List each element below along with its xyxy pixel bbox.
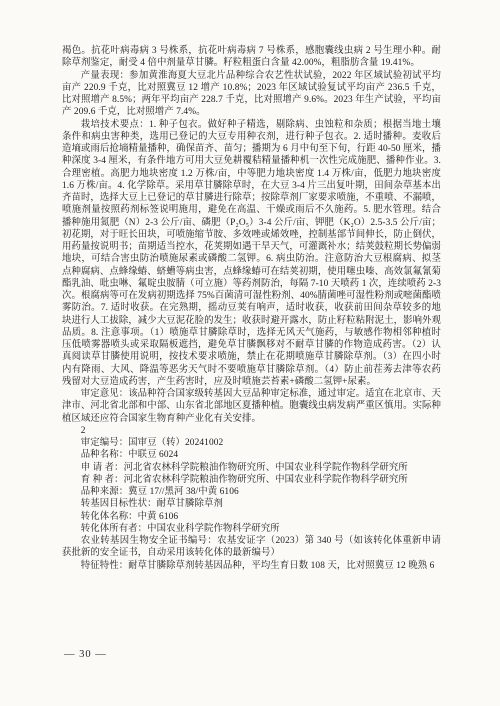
field-transformation-event-name: 转化体名称：中黄 6106 bbox=[62, 511, 441, 523]
field-approval-id: 审定编号：国审豆（转）20241002 bbox=[62, 437, 441, 449]
document-body: 褐色。抗花叶病毒病 3 号株系，抗花叶病毒病 7 号株系，感胞囊线虫病 2 号生… bbox=[62, 45, 441, 572]
paragraph-traits-continuation: 褐色。抗花叶病毒病 3 号株系，抗花叶病毒病 7 号株系，感胞囊线虫病 2 号生… bbox=[62, 45, 441, 70]
field-breeder: 育 种 者：河北省农林科学院粮油作物研究所、中国农业科学院作物科学研究所 bbox=[62, 474, 441, 486]
paragraph-yield-performance: 产量表现：参加黄淮海夏大豆北片品种综合农艺性状试验，2022 年区域试验初试平均… bbox=[62, 70, 441, 119]
entry-number: 2 bbox=[62, 425, 441, 437]
field-applicant: 申 请 者：河北省农林科学院粮油作物研究所、中国农业科学院作物科学研究所 bbox=[62, 462, 441, 474]
document-page: 褐色。抗花叶病毒病 3 号株系，抗花叶病毒病 7 号株系，感胞囊线虫病 2 号生… bbox=[0, 0, 500, 706]
field-variety-source: 品种来源：冀豆 17//黑河 38/中黄 6106 bbox=[62, 486, 441, 498]
field-transformation-event-owner: 转化体所有者：中国农业科学院作物科学研究所 bbox=[62, 523, 441, 535]
field-biosafety-certificate: 农业转基因生物安全证书编号：农基安证字（2023）第 340 号（如该转化体重新… bbox=[62, 535, 441, 560]
field-variety-name: 品种名称：中联豆 6024 bbox=[62, 449, 441, 461]
paragraph-cultivation-techniques: 栽培技术要点：1. 种子包衣。做好种子精选，剔除病、虫蚀粒和杂质；根据当地土壤条… bbox=[62, 119, 441, 389]
page-number: — 30 — bbox=[64, 649, 107, 660]
paragraph-approval-opinion: 审定意见：该品种符合国家级转基因大豆品种审定标准，通过审定。适宜在北京市、天津市… bbox=[62, 388, 441, 425]
paragraph-characteristics: 特征特性：耐草甘膦除草剂转基因品种，平均生育日数 108 天，比对照冀豆 12 … bbox=[62, 560, 441, 572]
field-gm-target-trait: 转基因目标性状：耐草甘膦除草剂 bbox=[62, 498, 441, 510]
